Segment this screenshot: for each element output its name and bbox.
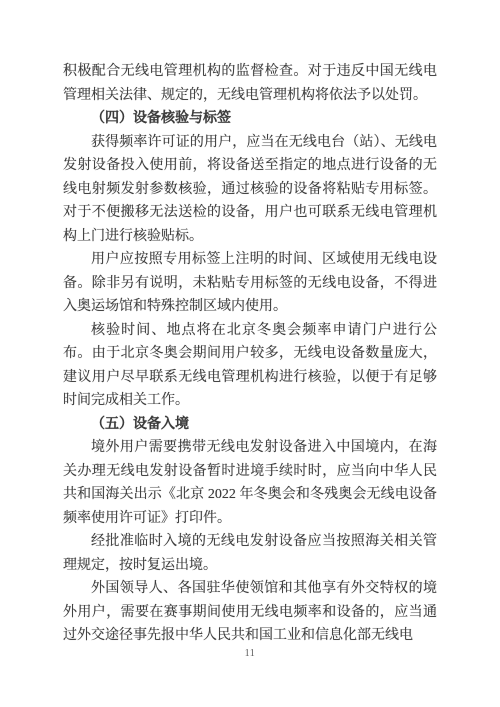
section-heading-5: （五）设备入境 — [63, 413, 437, 437]
paragraph: 经批准临时入境的无线电发射设备应当按照海关相关管理规定，按时复运出境。 — [63, 530, 437, 577]
document-page: 积极配合无线电管理机构的监督检查。对于违反中国无线电管理相关法律、规定的，无线电… — [0, 0, 500, 707]
paragraph-continued: 积极配合无线电管理机构的监督检查。对于违反中国无线电管理相关法律、规定的，无线电… — [63, 60, 437, 107]
section-heading-4: （四）设备核验与标签 — [63, 107, 437, 131]
page-number: 11 — [0, 648, 500, 659]
paragraph: 境外用户需要携带无线电发射设备进入中国境内，在海关办理无线电发射设备暂时进境手续… — [63, 436, 437, 530]
paragraph: 获得频率许可证的用户，应当在无线电台（站）、无线电发射设备投入使用前，将设备送至… — [63, 131, 437, 249]
paragraph: 核验时间、地点将在北京冬奥会频率申请门户进行公布。由于北京冬奥会期间用户较多，无… — [63, 319, 437, 413]
document-body: 积极配合无线电管理机构的监督检查。对于违反中国无线电管理相关法律、规定的，无线电… — [63, 60, 437, 648]
paragraph: 外国领导人、各国驻华使领馆和其他享有外交特权的境外用户，需要在赛事期间使用无线电… — [63, 577, 437, 648]
paragraph: 用户应按照专用标签上注明的时间、区域使用无线电设备。除非另有说明，未粘贴专用标签… — [63, 248, 437, 319]
